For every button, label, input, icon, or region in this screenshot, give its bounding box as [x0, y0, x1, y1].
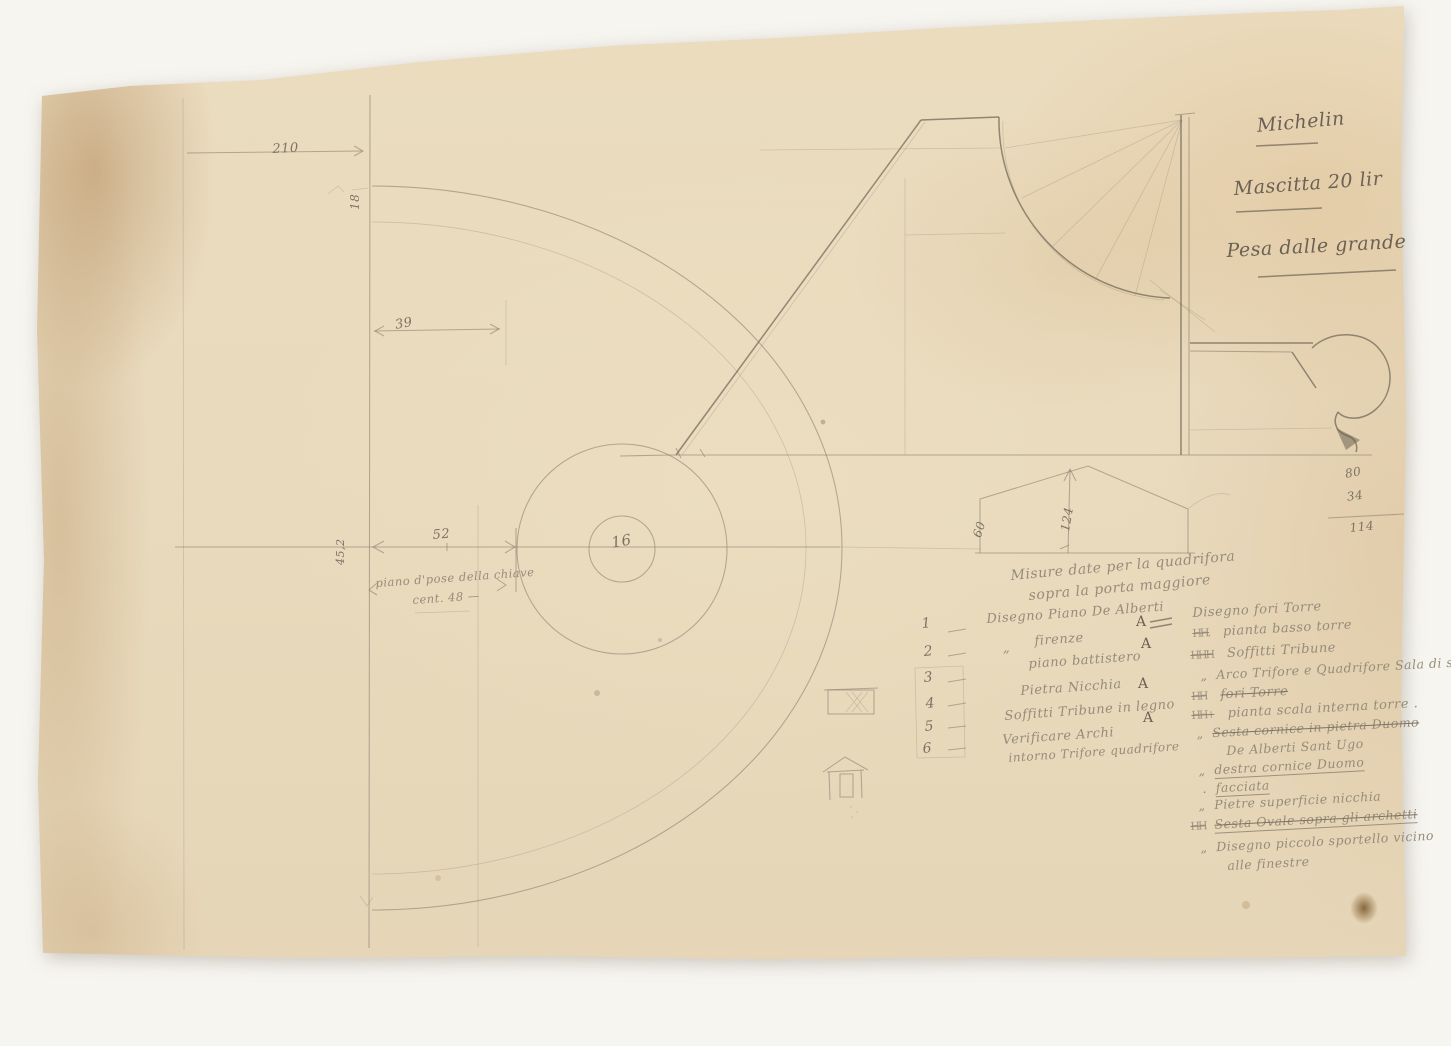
mark-a-2: A [1141, 636, 1152, 652]
ditto-mark: „ [1198, 763, 1206, 778]
tally-mark: HH. [1192, 626, 1209, 640]
counter-5: 5 [924, 718, 935, 735]
dim-52: 52 [432, 526, 451, 542]
dim-45-2: 45,2 [334, 539, 347, 566]
dim-39: 39 [394, 315, 414, 333]
ditto-mark: „ [1196, 726, 1204, 741]
ditto-mark: . [1202, 781, 1207, 796]
dim-16: 16 [610, 531, 633, 552]
counter-1: 1 [921, 615, 932, 632]
dim-18: 18 [348, 194, 362, 210]
ditto-mark: „ [1003, 641, 1010, 656]
ditto-mark: „ [1200, 668, 1208, 683]
counter-4: 4 [925, 695, 936, 712]
counter-2: 2 [923, 643, 934, 660]
tally-mark: HH [1190, 819, 1206, 833]
dim-210: 210 [272, 141, 299, 157]
paper-sheet-shadow [0, 0, 1451, 1046]
ditto-mark: „ [1198, 798, 1206, 813]
sum-total: 114 [1349, 518, 1375, 534]
tally-mark: HH [1191, 689, 1207, 703]
scanned-drawing-page: Michelin Mascitta 20 lir Pesa dalle gran… [0, 0, 1451, 1046]
paper-sheet [0, 0, 1451, 1046]
counter-3: 3 [923, 669, 934, 686]
sum-addend-2: 34 [1346, 488, 1364, 504]
counter-6: 6 [922, 740, 933, 757]
sum-addend-1: 80 [1344, 464, 1362, 481]
tally-mark: HH+ [1191, 708, 1214, 722]
mark-a-4: A [1143, 710, 1154, 726]
tally-mark: HHH [1190, 648, 1213, 662]
ditto-mark: „ [1200, 840, 1208, 855]
mark-a-3: A [1138, 676, 1149, 692]
mark-a-1: A [1136, 614, 1147, 630]
